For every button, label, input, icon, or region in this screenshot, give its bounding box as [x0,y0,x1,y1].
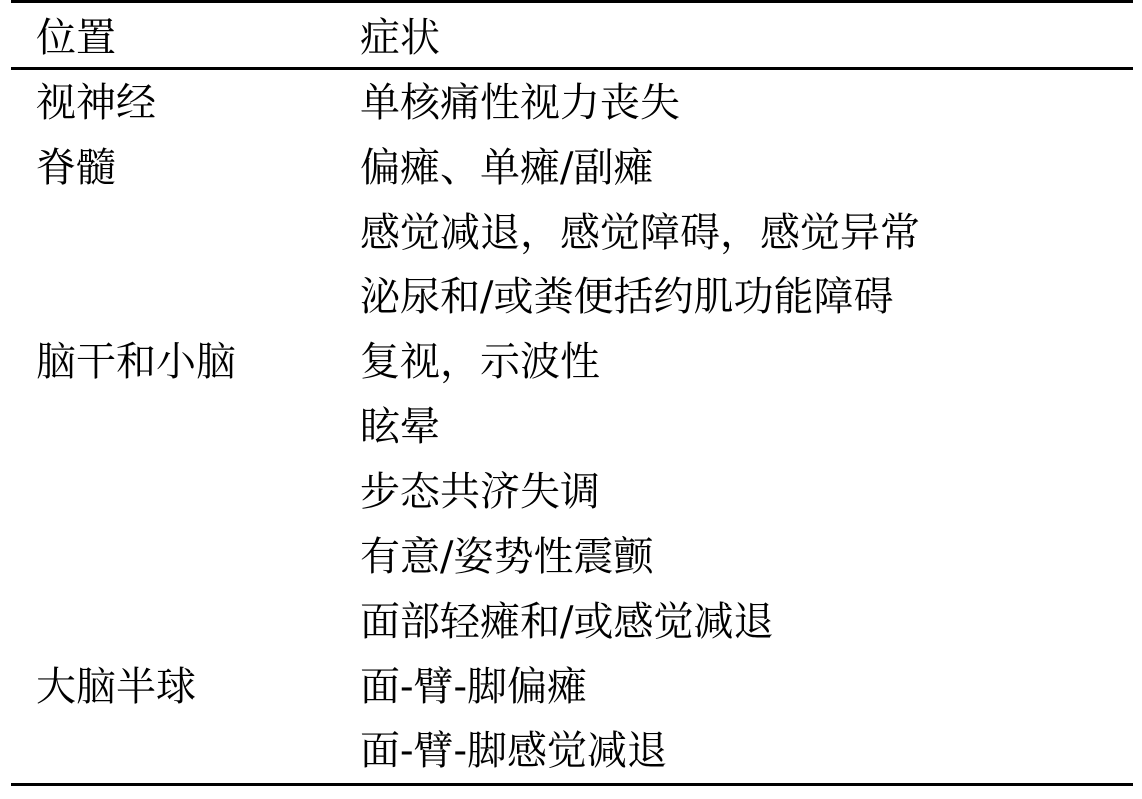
symptom-cell: 眩晕 [360,395,440,459]
table-top-rule [11,0,1133,3]
table-bottom-rule [11,783,1133,786]
table-row: 面-臂-脚感觉减退 [0,719,1142,783]
symptom-cell: 复视，示波性 [360,330,600,394]
header-symptom: 症状 [360,6,440,70]
symptom-cell: 单核痛性视力丧失 [360,71,680,135]
symptom-cell: 面-臂-脚感觉减退 [360,719,667,783]
symptom-cell: 步态共济失调 [360,460,600,524]
table-row: 感觉减退，感觉障碍，感觉异常 [0,201,1142,265]
symptom-cell: 感觉减退，感觉障碍，感觉异常 [360,201,920,265]
location-cell: 大脑半球 [36,655,196,719]
table-row: 有意/姿势性震颤 [0,525,1142,589]
table-row: 面部轻瘫和/或感觉减退 [0,590,1142,654]
symptom-cell: 泌尿和/或粪便括约肌功能障碍 [360,265,893,329]
symptom-cell: 面部轻瘫和/或感觉减退 [360,590,773,654]
table-row: 脊髓 偏瘫、单瘫/副瘫 [0,136,1142,200]
table-row: 视神经 单核痛性视力丧失 [0,71,1142,135]
location-cell: 脑干和小脑 [36,330,236,394]
location-cell: 视神经 [36,71,156,135]
table-row: 脑干和小脑 复视，示波性 [0,330,1142,394]
table-header-row: 位置 症状 [0,6,1142,70]
table-row: 步态共济失调 [0,460,1142,524]
table-row: 眩晕 [0,395,1142,459]
table-row: 泌尿和/或粪便括约肌功能障碍 [0,265,1142,329]
symptom-cell: 偏瘫、单瘫/副瘫 [360,136,653,200]
header-location: 位置 [36,6,116,70]
symptom-cell: 有意/姿势性震颤 [360,525,653,589]
table-row: 大脑半球 面-臂-脚偏瘫 [0,655,1142,719]
symptom-cell: 面-臂-脚偏瘫 [360,655,587,719]
location-cell: 脊髓 [36,136,116,200]
